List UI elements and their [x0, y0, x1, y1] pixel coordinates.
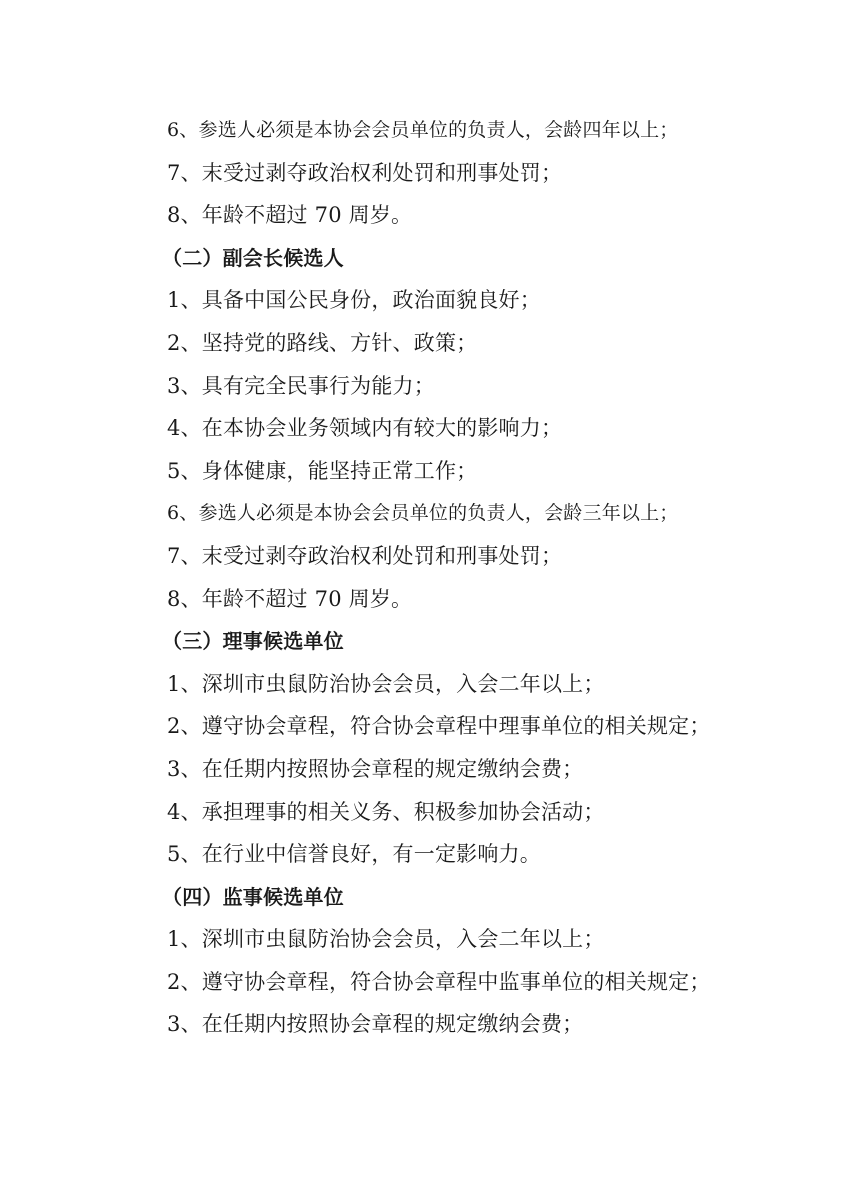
list-item: 5、在行业中信誉良好，有一定影响力。: [167, 833, 767, 876]
section-heading: （三）理事候选单位: [162, 620, 767, 663]
list-item: 3、在任期内按照协会章程的规定缴纳会费；: [167, 1003, 767, 1046]
section-heading: （四）监事候选单位: [162, 876, 767, 919]
list-item: 1、深圳市虫鼠防治协会会员，入会二年以上；: [167, 663, 767, 706]
list-item: 6、参选人必须是本协会会员单位的负责人，会龄四年以上；: [167, 109, 767, 152]
list-item: 7、末受过剥夺政治权利处罚和刑事处罚；: [167, 152, 767, 195]
list-item: 3、具有完全民事行为能力；: [167, 365, 767, 408]
document-page: 6、参选人必须是本协会会员单位的负责人，会龄四年以上； 7、末受过剥夺政治权利处…: [0, 0, 849, 1200]
section-heading: （二）副会长候选人: [162, 237, 767, 280]
list-item: 3、在任期内按照协会章程的规定缴纳会费；: [167, 748, 767, 791]
list-item: 1、具备中国公民身份，政治面貌良好；: [167, 279, 767, 322]
list-item: 2、遵守协会章程，符合协会章程中理事单位的相关规定；: [167, 705, 767, 748]
list-item: 7、末受过剥夺政治权利处罚和刑事处罚；: [167, 535, 767, 578]
list-item: 8、年龄不超过 70 周岁。: [167, 578, 767, 621]
list-item: 1、深圳市虫鼠防治协会会员，入会二年以上；: [167, 918, 767, 961]
document-body: 6、参选人必须是本协会会员单位的负责人，会龄四年以上； 7、末受过剥夺政治权利处…: [167, 109, 767, 1046]
list-item: 6、参选人必须是本协会会员单位的负责人，会龄三年以上；: [167, 492, 767, 535]
list-item: 4、在本协会业务领域内有较大的影响力；: [167, 407, 767, 450]
list-item: 8、年龄不超过 70 周岁。: [167, 194, 767, 237]
list-item: 2、遵守协会章程，符合协会章程中监事单位的相关规定；: [167, 961, 767, 1004]
list-item: 2、坚持党的路线、方针、政策；: [167, 322, 767, 365]
list-item: 5、身体健康，能坚持正常工作；: [167, 450, 767, 493]
list-item: 4、承担理事的相关义务、积极参加协会活动；: [167, 791, 767, 834]
